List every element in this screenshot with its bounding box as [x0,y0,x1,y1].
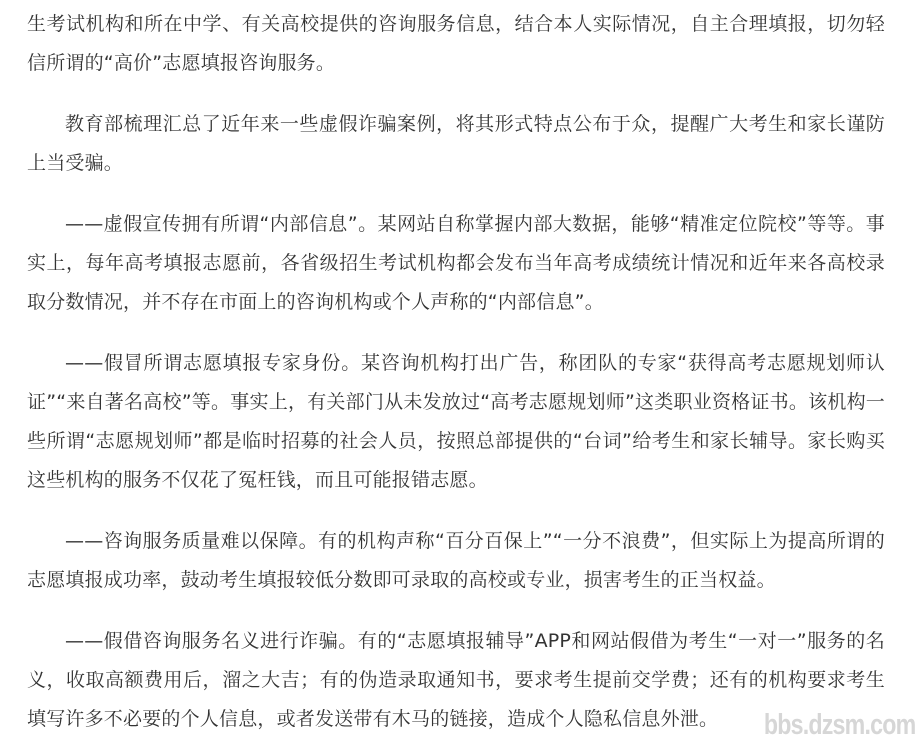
paragraph-case-fake-experts: ——假冒所谓志愿填报专家身份。某咨询机构打出广告，称团队的专家“获得高考志愿规划… [27,344,885,500]
paragraph-case-fake-inside-info: ——虚假宣传拥有所谓“内部信息”。某网站自称掌握内部大数据，能够“精准定位院校”… [27,205,885,322]
article-body: 生考试机构和所在中学、有关高校提供的咨询服务信息，结合本人实际情况，自主合理填报… [0,0,915,739]
site-watermark: bbs.dzsm.com [763,711,915,740]
paragraph-case-service-quality: ——咨询服务质量难以保障。有的机构声称“百分百保上”“一分不浪费”，但实际上为提… [27,522,885,600]
paragraph-case-fraud: ——假借咨询服务名义进行诈骗。有的“志愿填报辅导”APP和网站假借为考生“一对一… [27,622,885,739]
paragraph-continuation: 生考试机构和所在中学、有关高校提供的咨询服务信息，结合本人实际情况，自主合理填报… [27,5,885,83]
paragraph-intro: 教育部梳理汇总了近年来一些虚假诈骗案例，将其形式特点公布于众，提醒广大考生和家长… [27,105,885,183]
